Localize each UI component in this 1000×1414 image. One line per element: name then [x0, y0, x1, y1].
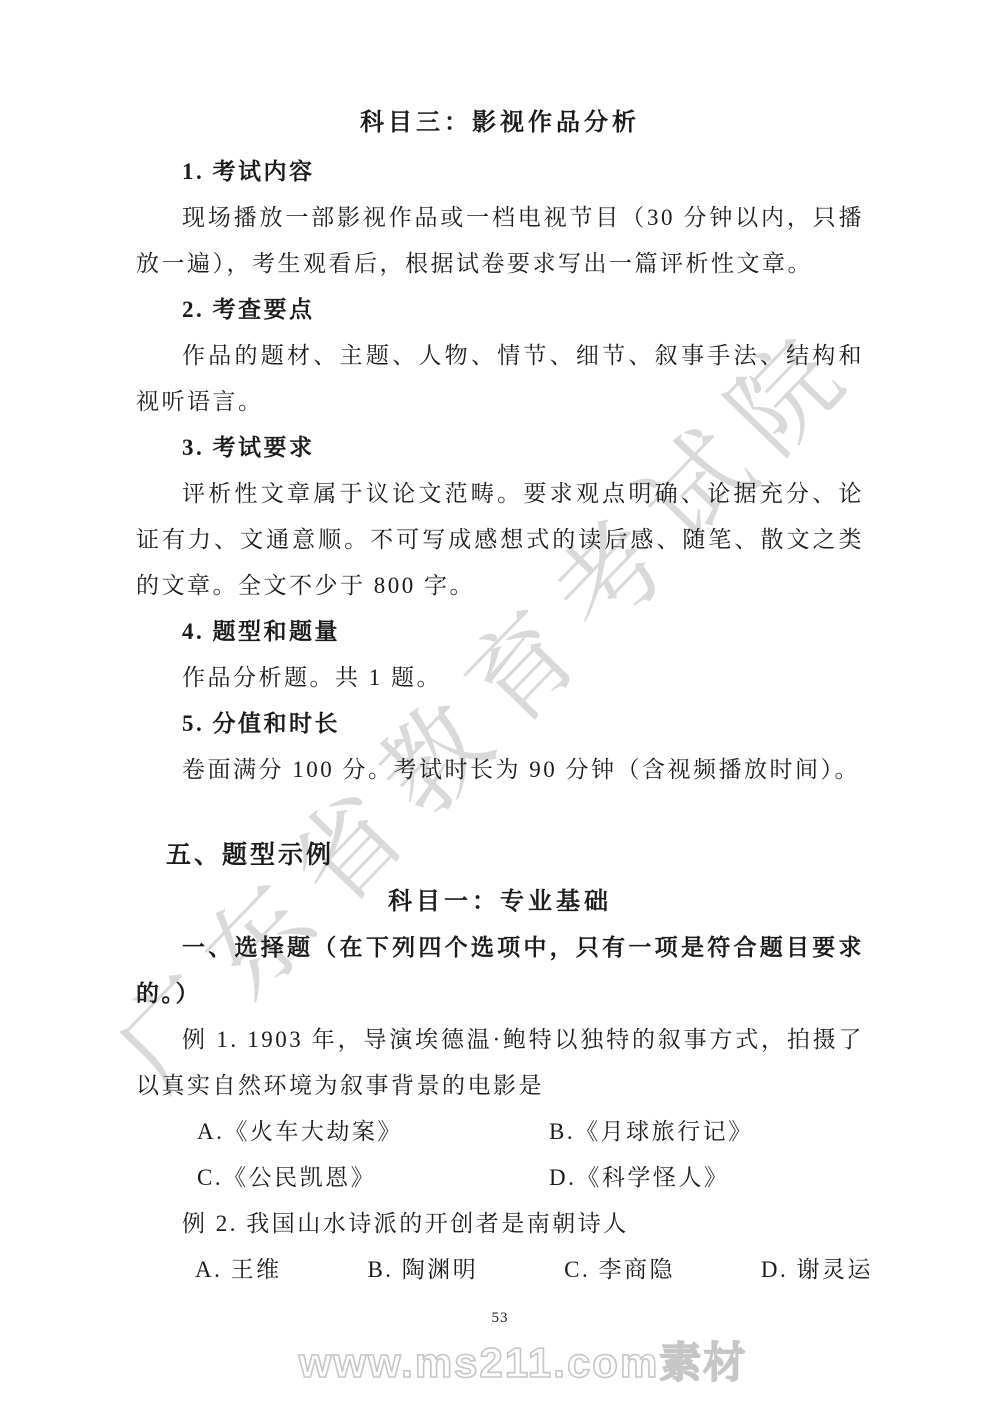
question-2-option-b: B. 陶渊明: [367, 1247, 478, 1293]
question-1-option-c: C.《公民凯恩》: [197, 1155, 549, 1201]
bottom-site-watermark: www.ms211.com素材: [299, 1330, 748, 1390]
section-5-paragraph: 卷面满分 100 分。考试时长为 90 分钟（含视频播放时间）。: [136, 747, 864, 793]
question-2-option-c: C. 李商隐: [564, 1247, 675, 1293]
subject1-title: 科目一：专业基础: [136, 879, 864, 925]
question-1-options: A.《火车大劫案》 B.《月球旅行记》 C.《公民凯恩》 D.《科学怪人》: [197, 1109, 864, 1201]
question-2-option-a: A. 王维: [195, 1247, 282, 1293]
section-4-paragraph: 作品分析题。共 1 题。: [136, 655, 864, 701]
document-page: { "colors": { "text": "#1b1b1b", "diagon…: [0, 0, 1000, 1414]
question-2-option-d: D. 谢灵运: [761, 1247, 873, 1293]
question-2-options: A. 王维 B. 陶渊明 C. 李商隐 D. 谢灵运: [195, 1247, 873, 1293]
section-1-heading: 1. 考试内容: [136, 149, 864, 195]
section-5-heading: 5. 分值和时长: [136, 701, 864, 747]
section-2-paragraph: 作品的题材、主题、人物、情节、细节、叙事手法、结构和视听语言。: [136, 333, 864, 425]
question-1-option-d: D.《科学怪人》: [549, 1155, 864, 1201]
subject3-title: 科目三：影视作品分析: [136, 100, 864, 146]
section-1-paragraph: 现场播放一部影视作品或一档电视节目（30 分钟以内，只播放一遍），考生观看后，根…: [136, 195, 864, 287]
question-1-option-a: A.《火车大劫案》: [197, 1109, 549, 1155]
page-number: 53: [0, 1310, 1000, 1327]
question-2-stem: 例 2. 我国山水诗派的开创者是南朝诗人: [136, 1201, 864, 1247]
question-1-option-b: B.《月球旅行记》: [549, 1109, 864, 1155]
examples-section-heading: 五、题型示例: [136, 833, 864, 879]
section-3-heading: 3. 考试要求: [136, 425, 864, 471]
question-1-stem: 例 1. 1903 年，导演埃德温·鲍特以独特的叙事方式，拍摄了以真实自然环境为…: [136, 1017, 864, 1109]
section-3-paragraph: 评析性文章属于议论文范畴。要求观点明确、论据充分、论证有力、文通意顺。不可写成感…: [136, 471, 864, 609]
mcq-instruction: 一、选择题（在下列四个选项中，只有一项是符合题目要求的。）: [136, 925, 864, 1017]
document-body: 科目三：影视作品分析 1. 考试内容 现场播放一部影视作品或一档电视节目（30 …: [136, 0, 864, 1293]
section-2-heading: 2. 考查要点: [136, 287, 864, 333]
section-4-heading: 4. 题型和题量: [136, 609, 864, 655]
